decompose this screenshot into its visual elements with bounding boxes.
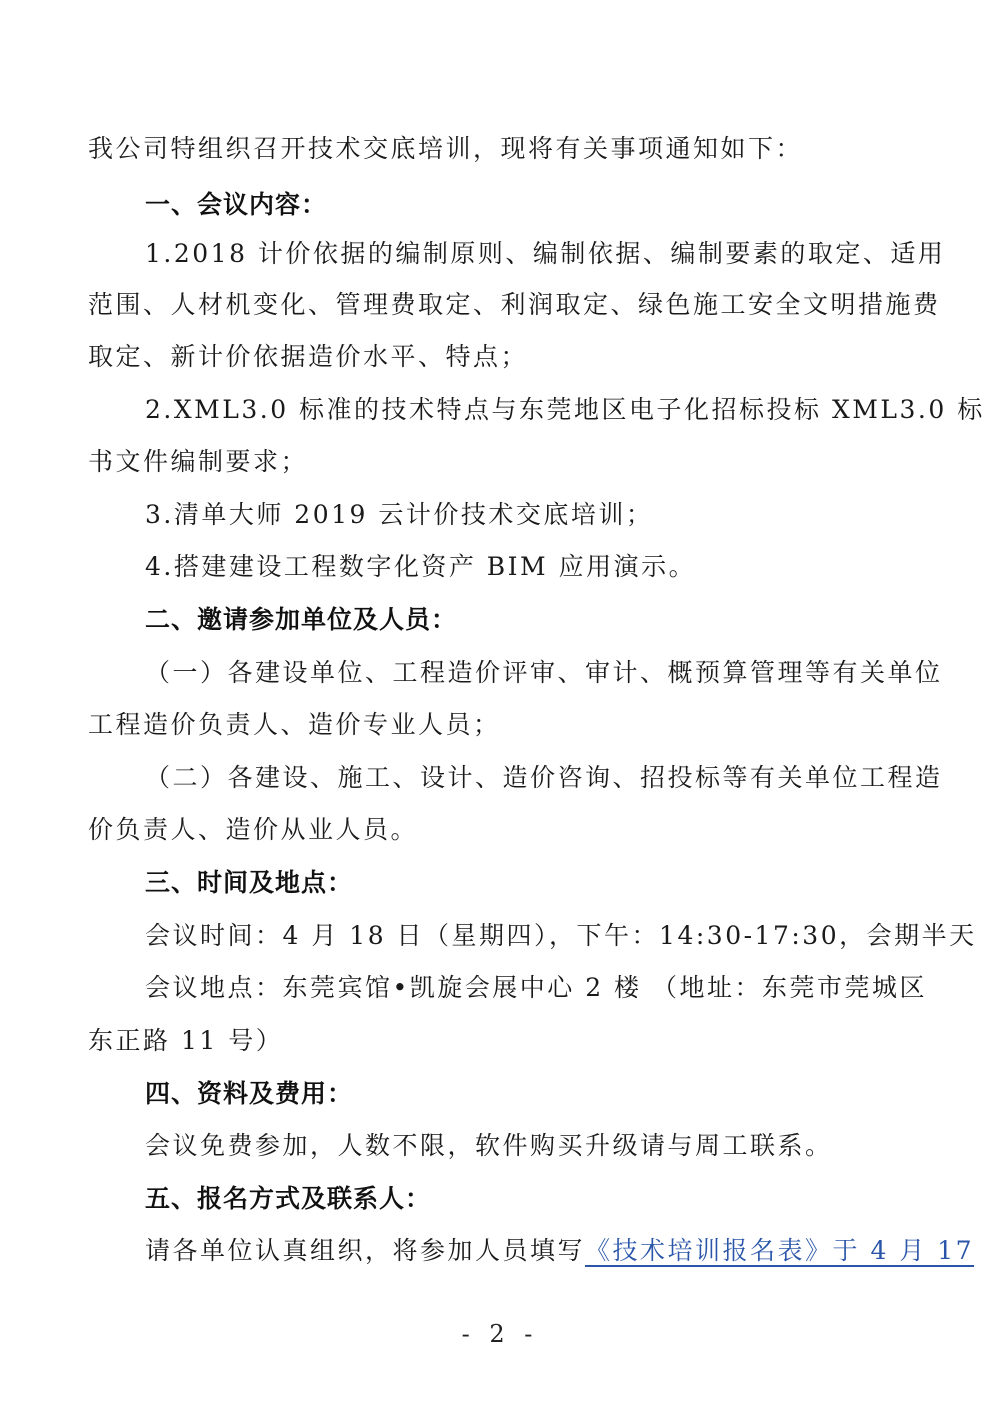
content-item-2-line-1: 2.XML3.0 标准的技术特点与东莞地区电子化招标投标 XML3.0 标 (145, 392, 910, 428)
content-item-1-line-1: 1.2018 计价依据的编制原则、编制依据、编制要素的取定、适用 (145, 236, 910, 272)
document-page: 我公司特组织召开技术交底培训，现将有关事项通知如下： 一、会议内容： 1.201… (0, 0, 1000, 1413)
page-number: - 2 - (440, 1318, 560, 1350)
meeting-place-line-1: 会议地点：东莞宾馆•凯旋会展中心 2 楼 （地址：东莞市莞城区 (145, 970, 910, 1006)
content-item-4: 4.搭建建设工程数字化资产 BIM 应用演示。 (145, 549, 969, 585)
intro-paragraph: 我公司特组织召开技术交底培训，现将有关事项通知如下： (88, 131, 912, 167)
invitees-item-2-line-2: 价负责人、造价从业人员。 (88, 812, 912, 848)
invitees-item-2-line-1: （二）各建设、施工、设计、造价咨询、招投标等有关单位工程造 (145, 760, 910, 796)
section-heading-invitees: 二、邀请参加单位及人员： (145, 602, 969, 638)
registration-text: 请各单位认真组织，将参加人员填写《技术培训报名表》于 4 月 17 (145, 1233, 969, 1269)
content-item-2-line-2: 书文件编制要求； (88, 444, 912, 480)
invitees-item-1-line-2: 工程造价负责人、造价专业人员； (88, 707, 912, 743)
content-item-1-line-2: 范围、人材机变化、管理费取定、利润取定、绿色施工安全文明措施费 (88, 287, 910, 323)
registration-form-link[interactable]: 《技术培训报名表》于 4 月 17 (585, 1236, 974, 1265)
registration-text-prefix: 请各单位认真组织，将参加人员填写 (145, 1236, 585, 1265)
section-heading-registration: 五、报名方式及联系人： (145, 1181, 969, 1217)
section-heading-content: 一、会议内容： (145, 187, 969, 223)
meeting-place-line-2: 东正路 11 号） (88, 1023, 912, 1059)
invitees-item-1-line-1: （一）各建设单位、工程造价评审、审计、概预算管理等有关单位 (145, 655, 910, 691)
section-heading-materials-fees: 四、资料及费用： (145, 1076, 969, 1112)
content-item-3: 3.清单大师 2019 云计价技术交底培训； (145, 497, 969, 533)
materials-fees-text: 会议免费参加，人数不限，软件购买升级请与周工联系。 (145, 1128, 969, 1164)
section-heading-time-place: 三、时间及地点： (145, 865, 969, 901)
meeting-time: 会议时间：4 月 18 日（星期四），下午：14:30-17:30，会期半天 (145, 918, 910, 954)
content-item-1-line-3: 取定、新计价依据造价水平、特点； (88, 339, 912, 375)
